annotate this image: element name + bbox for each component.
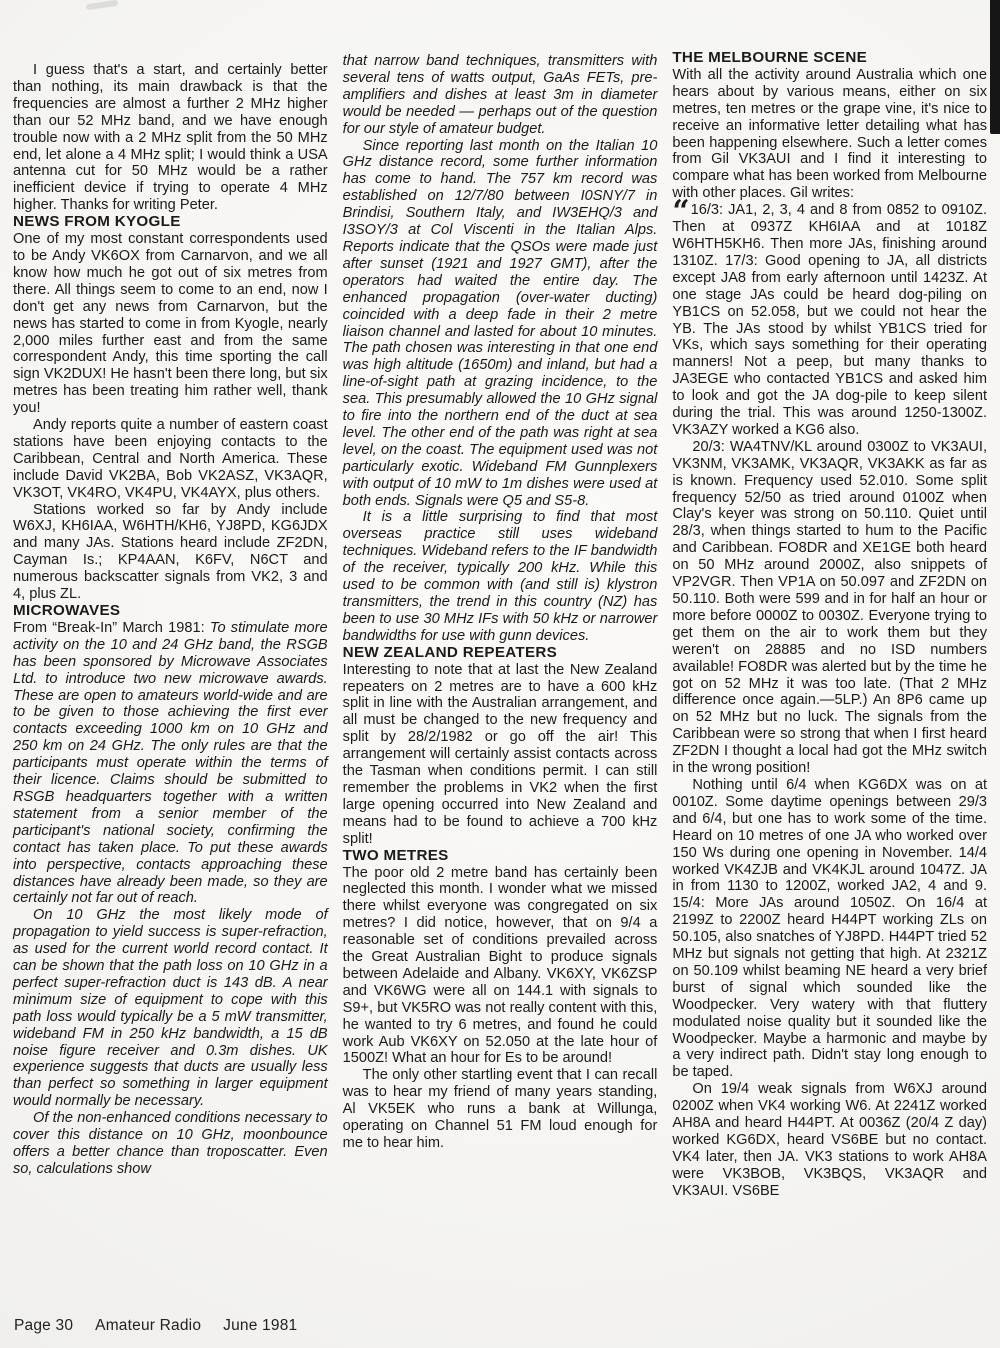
- paragraph: Stations worked so far by Andy include W…: [13, 502, 328, 603]
- page-footer: Page 30Amateur RadioJune 1981: [14, 1317, 297, 1335]
- column-layout: I guess that's a start, and certainly be…: [0, 0, 1000, 1200]
- paragraph: that narrow band techniques, transmitter…: [343, 53, 658, 138]
- paragraph: On 19/4 weak signals from W6XJ around 02…: [672, 1081, 987, 1199]
- paragraph: Of the non-enhanced conditions necessary…: [13, 1110, 328, 1178]
- paragraph: The only other startling event that I ca…: [343, 1067, 658, 1152]
- section-heading: THE MELBOURNE SCENE: [672, 50, 987, 67]
- magazine-title: Amateur Radio: [95, 1317, 201, 1334]
- paragraph: “16/3: JA1, 2, 3, 4 and 8 from 0852 to 0…: [672, 202, 987, 439]
- paragraph: Interesting to note that at last the New…: [343, 662, 658, 848]
- issue-date: June 1981: [223, 1317, 297, 1334]
- paragraph: From “Break-In” March 1981: To stimulate…: [13, 620, 328, 907]
- section-heading: TWO METRES: [343, 848, 658, 865]
- section-heading: MICROWAVES: [13, 603, 328, 620]
- paragraph: One of my most constant correspondents u…: [13, 231, 328, 417]
- paragraph: I guess that's a start, and certainly be…: [13, 62, 328, 214]
- text-column-1: I guess that's a start, and certainly be…: [13, 50, 328, 1200]
- paragraph: Nothing until 6/4 when KG6DX was on at 0…: [672, 777, 987, 1081]
- paragraph: With all the activity around Australia w…: [672, 67, 987, 202]
- paragraph: Since reporting last month on the Italia…: [343, 138, 658, 510]
- section-heading: NEWS FROM KYOGLE: [13, 214, 328, 231]
- paragraph: The poor old 2 metre band has certainly …: [343, 865, 658, 1068]
- paragraph: It is a little surprising to find that m…: [343, 509, 658, 644]
- paragraph: On 10 GHz the most likely mode of propag…: [13, 907, 328, 1110]
- section-heading: NEW ZEALAND REPEATERS: [343, 645, 658, 662]
- paragraph-lead-in: From “Break-In” March 1981:: [13, 620, 210, 636]
- text-column-2: that narrow band techniques, transmitter…: [343, 50, 658, 1200]
- opening-quote-mark: “: [672, 194, 688, 229]
- paragraph: 20/3: WA4TNV/KL around 0300Z to VK3AUI, …: [672, 439, 987, 777]
- magazine-page: I guess that's a start, and certainly be…: [0, 0, 1000, 1348]
- paragraph: Andy reports quite a number of eastern c…: [13, 417, 328, 502]
- scan-black-bar: [990, 0, 1000, 134]
- page-number: Page 30: [14, 1317, 73, 1334]
- text-column-3: THE MELBOURNE SCENEWith all the activity…: [672, 50, 987, 1200]
